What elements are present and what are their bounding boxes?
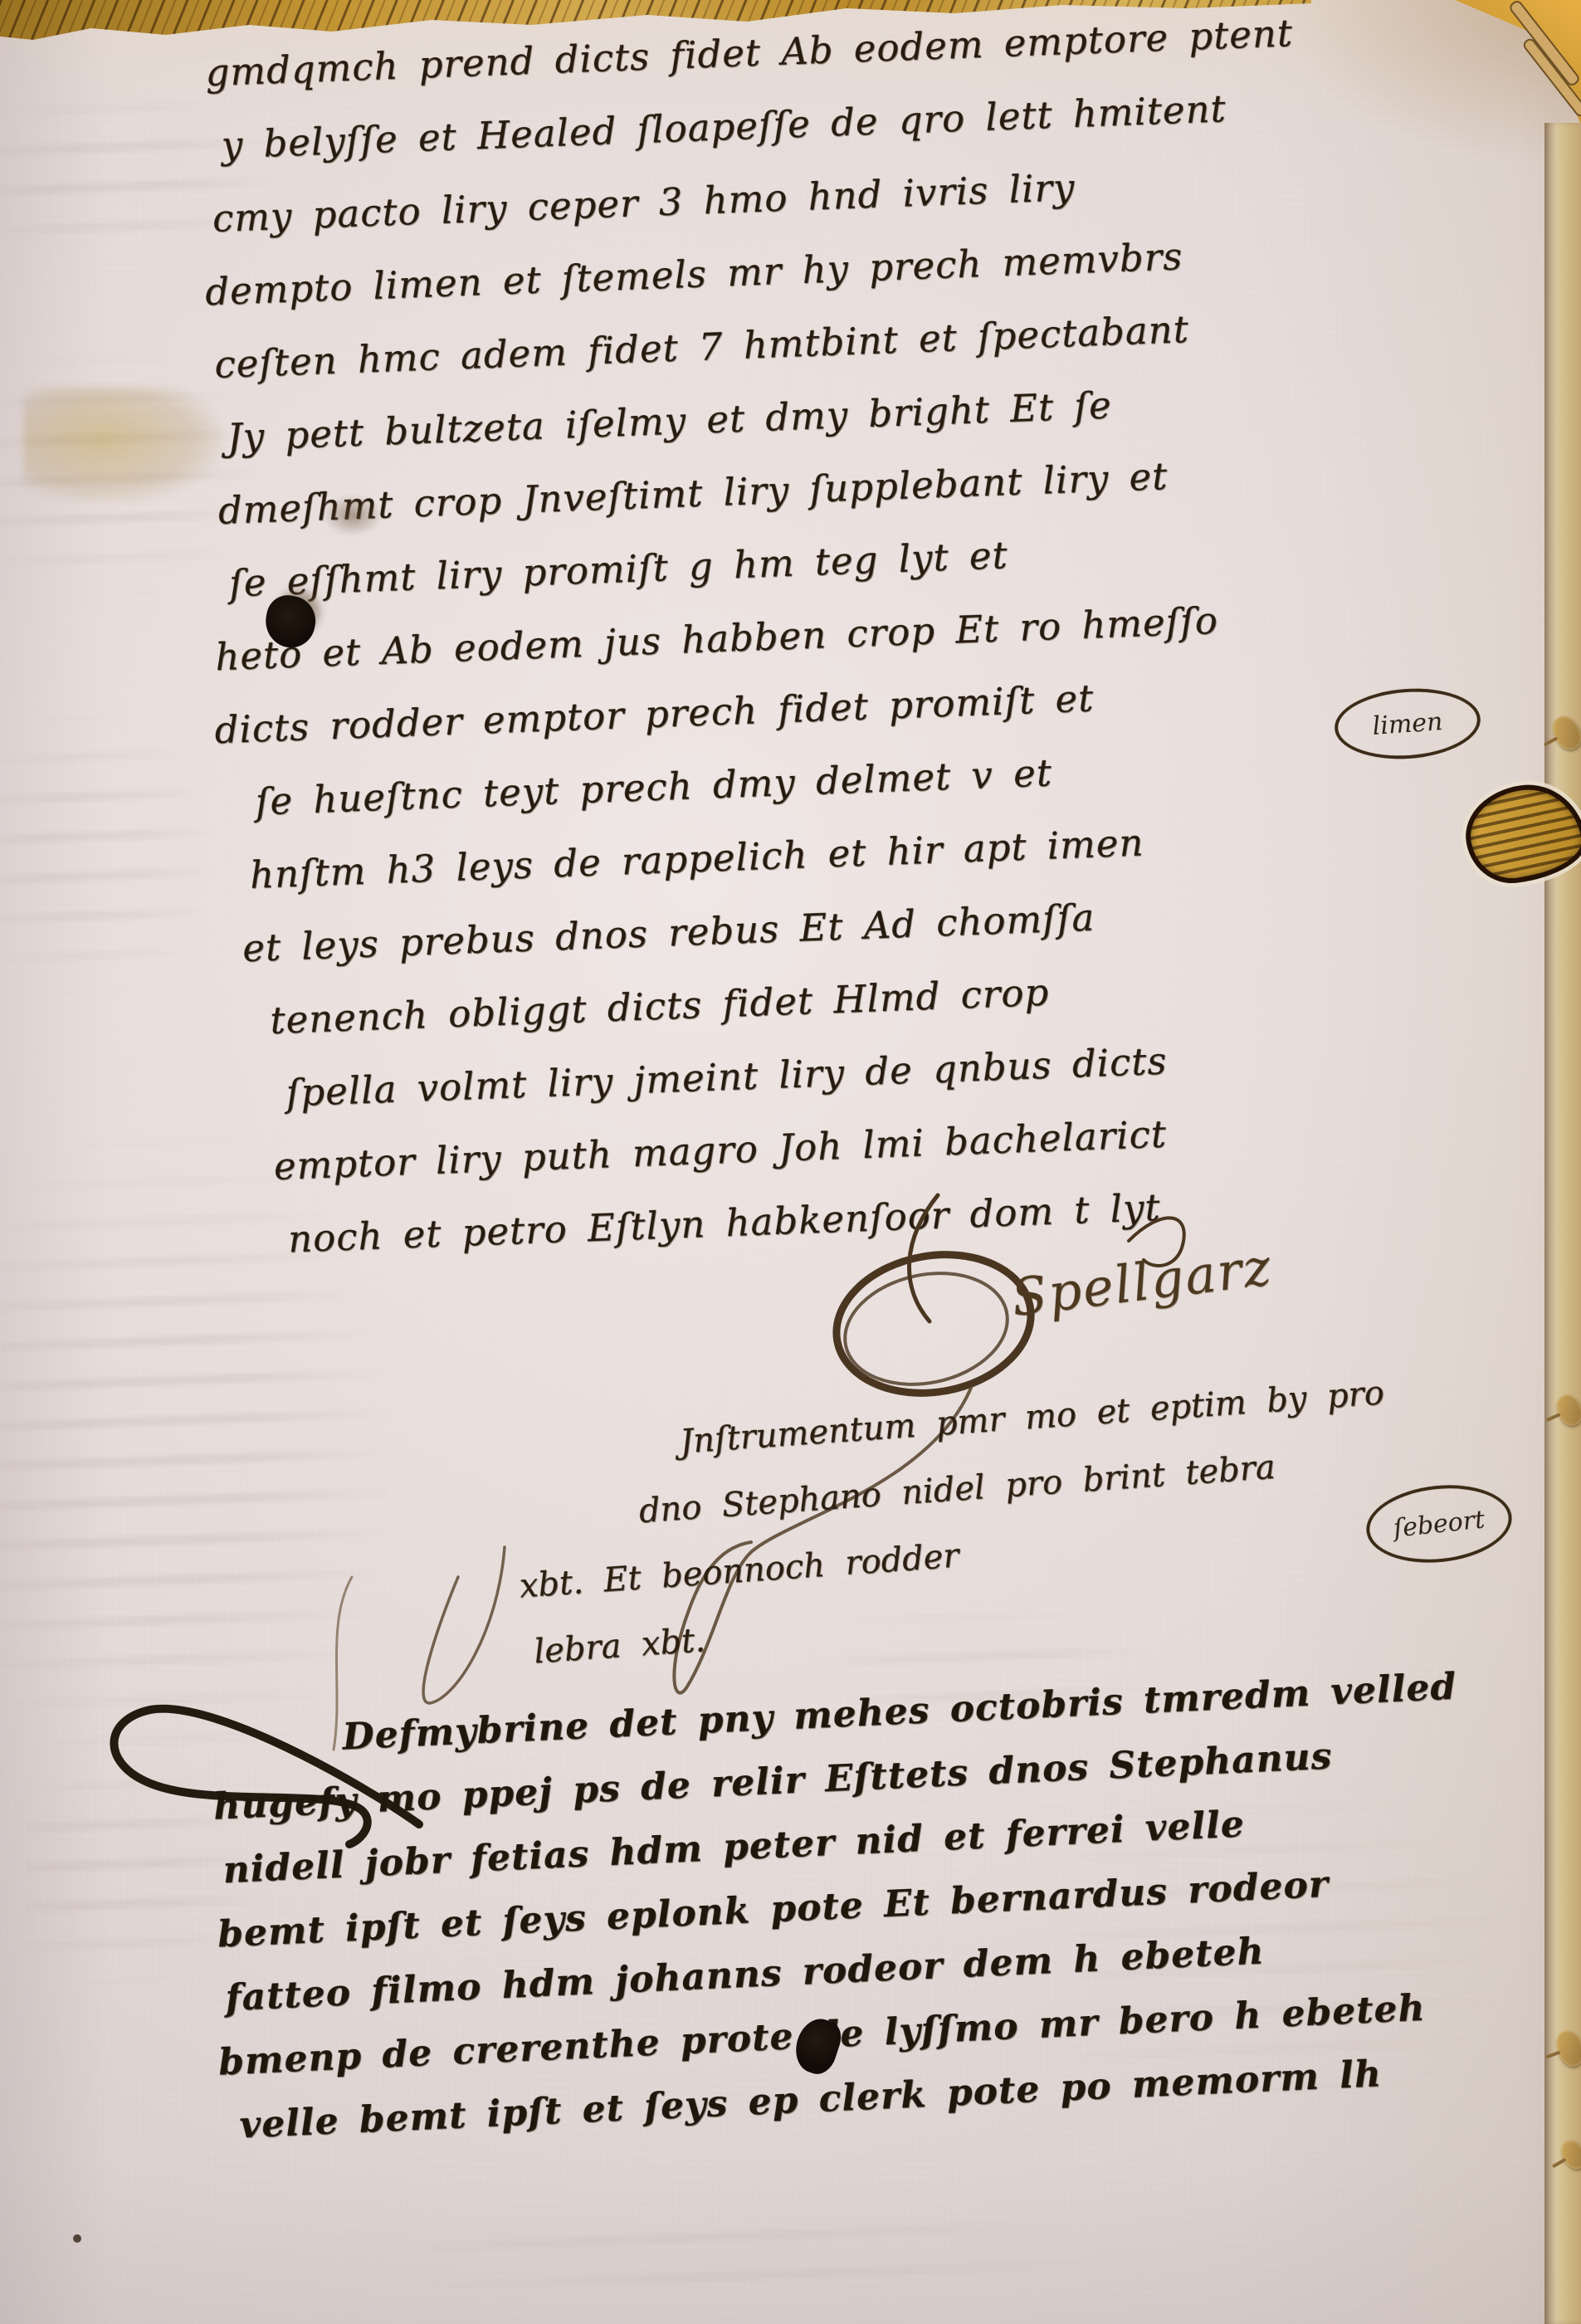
notary-signature: Spellgarz	[1008, 1236, 1276, 1328]
main-paragraph: gmdqmch prend dicts fidet Ab eodem empto…	[209, 0, 1482, 1277]
show-through-marks	[432, 2199, 1112, 2307]
ink-dot	[73, 2234, 81, 2243]
binding-edge	[1544, 123, 1581, 2324]
bottom-paragraph: Defmybrine det pny mehes octobris tmredm…	[204, 1653, 1518, 2158]
registration-note: Jnſtrumentum pmr mo et eptim by pro dno …	[508, 1350, 1553, 1687]
show-through-marks	[0, 714, 216, 996]
circled-word-text: limen	[1372, 707, 1444, 741]
manuscript-scan: gmdqmch prend dicts fidet Ab eodem empto…	[0, 0, 1581, 2324]
ink-smudge	[322, 495, 383, 536]
margin-stain	[23, 387, 222, 503]
